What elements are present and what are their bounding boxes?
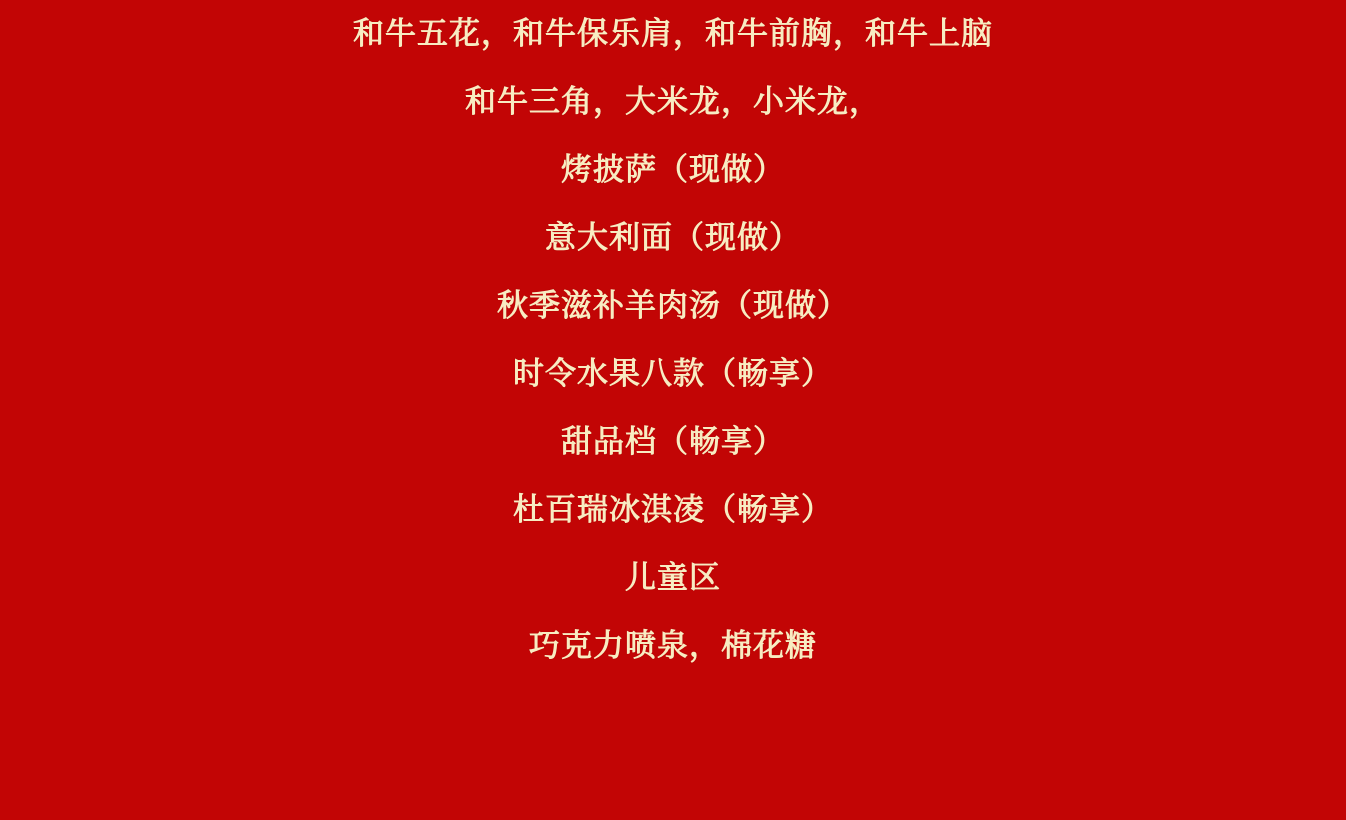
menu-line: 巧克力喷泉，棉花糖 <box>0 612 1346 680</box>
menu-line: 杜百瑞冰淇凌（畅享） <box>0 476 1346 544</box>
menu-line: 儿童区 <box>0 544 1346 612</box>
menu-line: 甜品档（畅享） <box>0 408 1346 476</box>
menu-line: 和牛五花，和牛保乐肩，和牛前胸，和牛上脑 <box>0 0 1346 68</box>
menu-line: 时令水果八款（畅享） <box>0 340 1346 408</box>
menu-line: 秋季滋补羊肉汤（现做） <box>0 272 1346 340</box>
menu-line: 意大利面（现做） <box>0 204 1346 272</box>
menu-line: 和牛三角，大米龙，小米龙， <box>0 68 1346 136</box>
menu-poster: 和牛五花，和牛保乐肩，和牛前胸，和牛上脑 和牛三角，大米龙，小米龙， 烤披萨（现… <box>0 0 1346 820</box>
menu-line: 烤披萨（现做） <box>0 136 1346 204</box>
